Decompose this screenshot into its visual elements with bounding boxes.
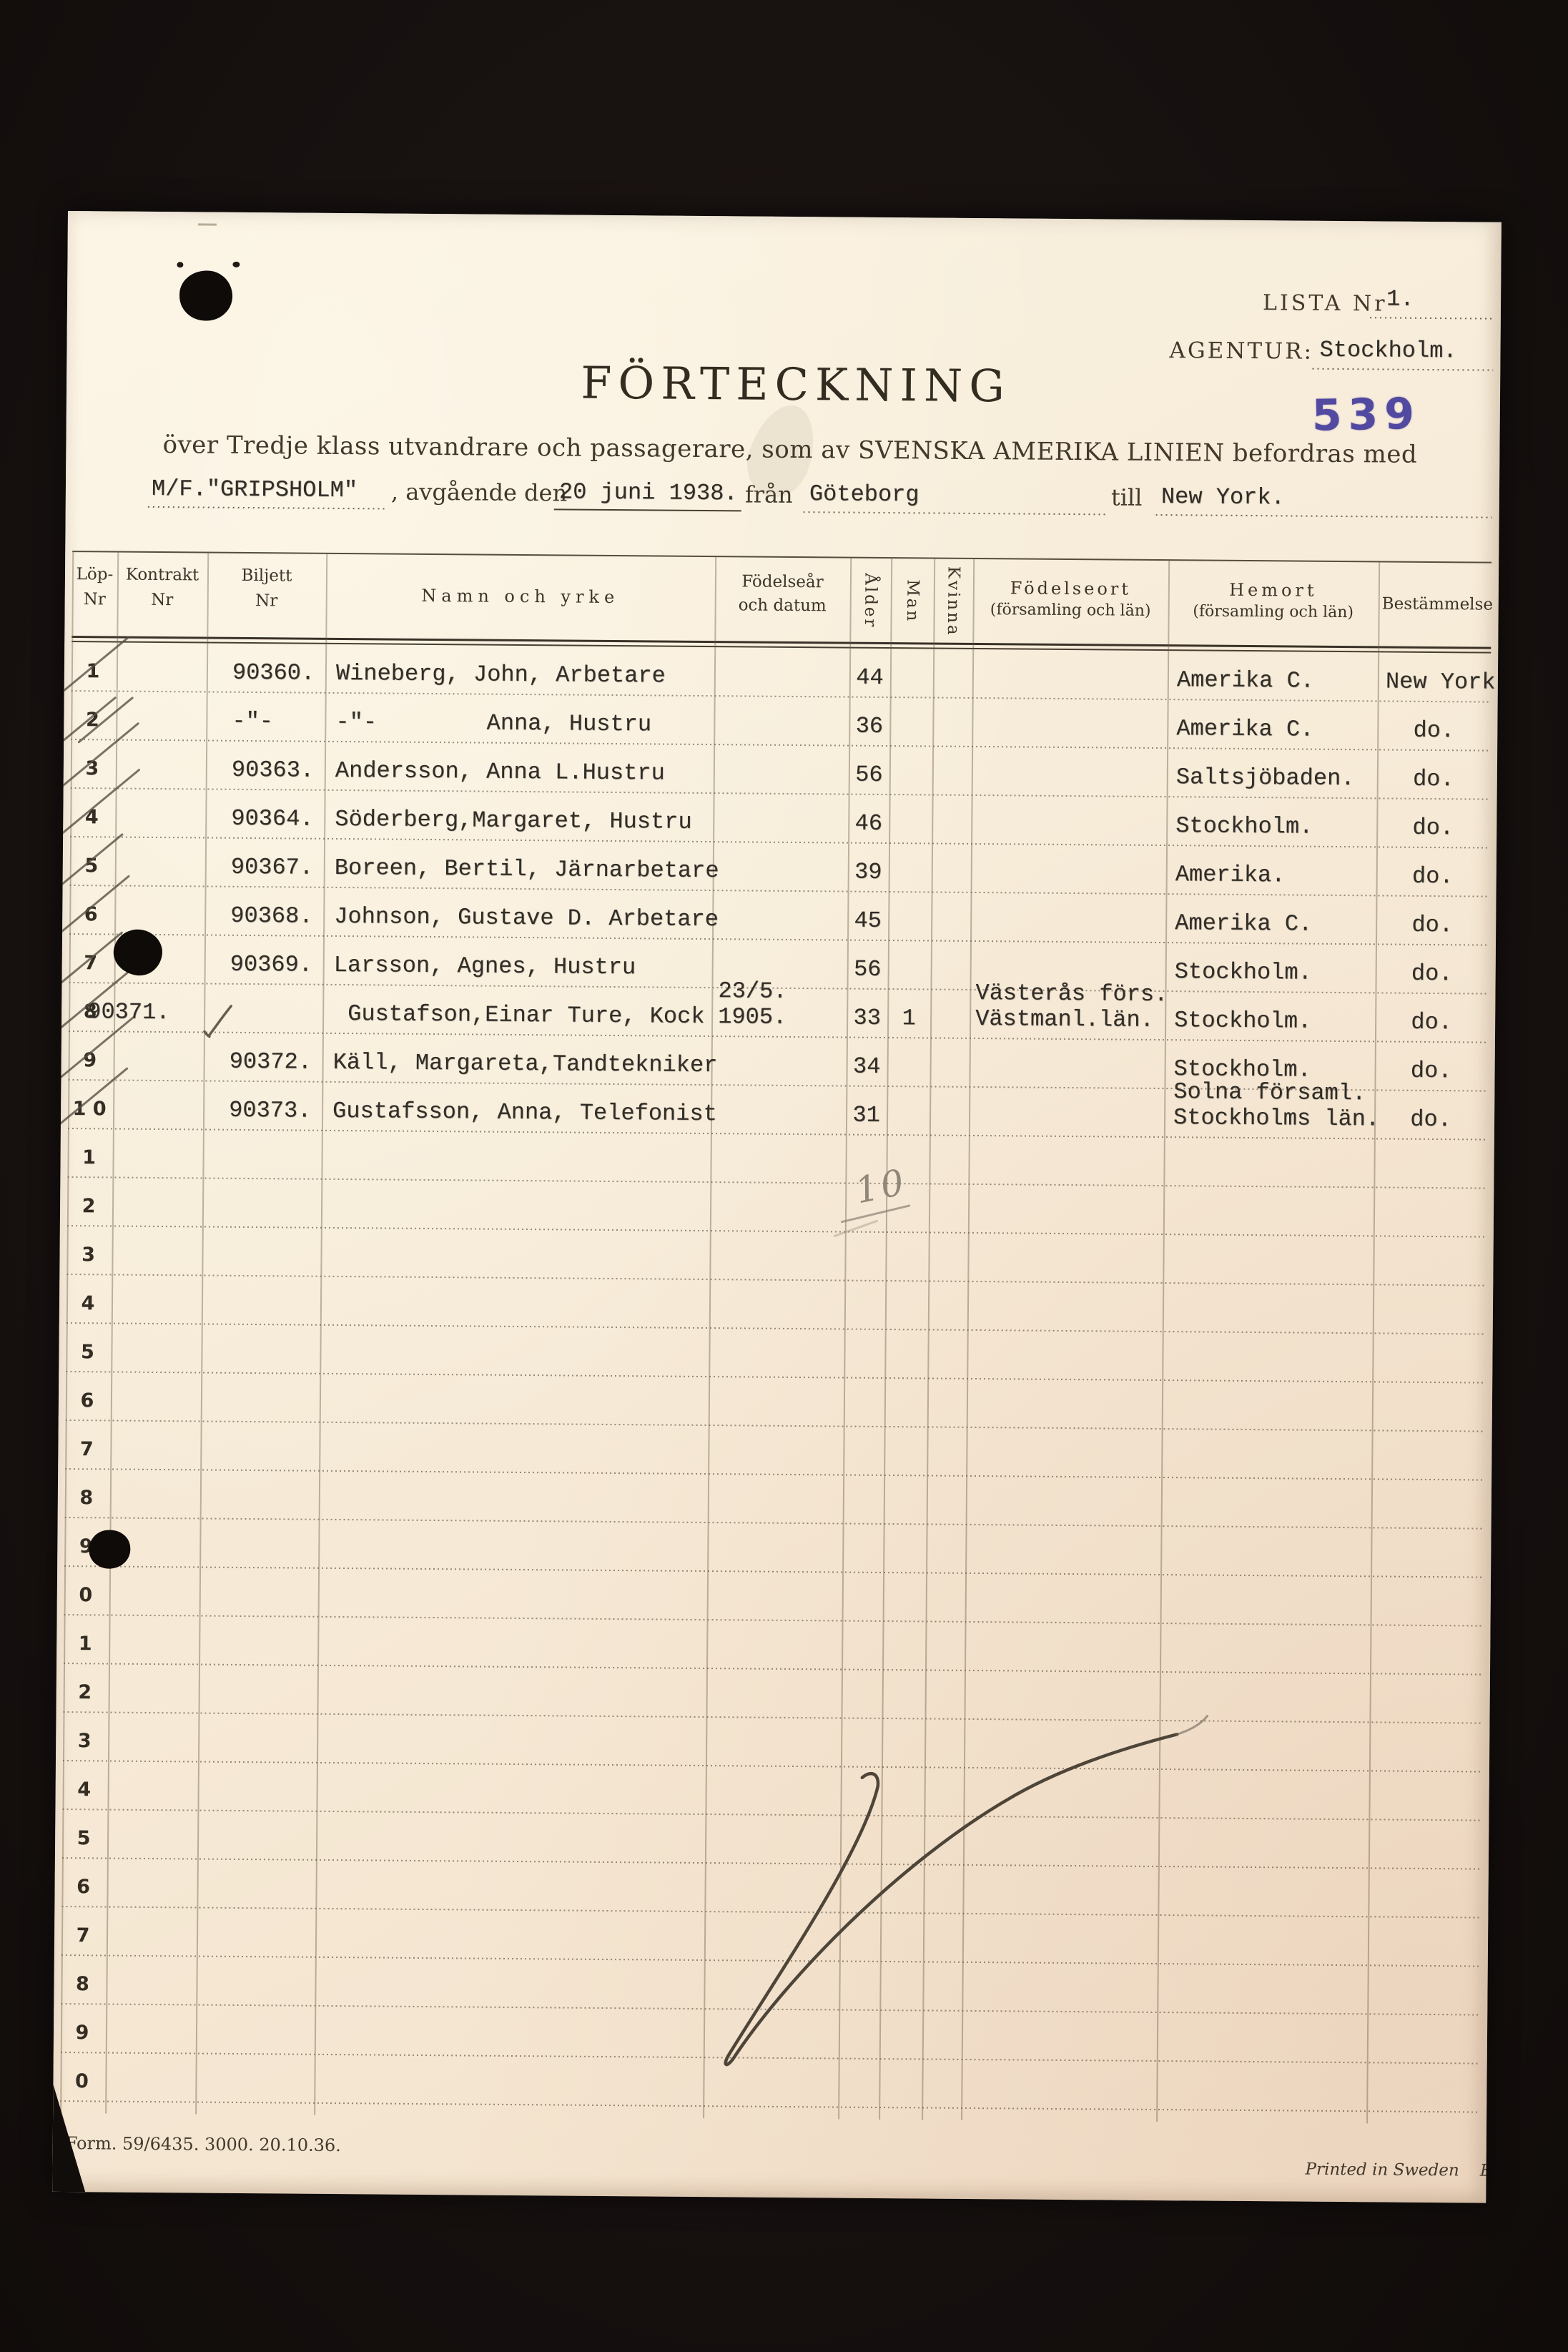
- photo-background: { "doc": { "lista_label": "LISTA Nr", "l…: [0, 0, 1568, 2352]
- photo-corner-shadow: [52, 2085, 86, 2192]
- document-paper: LISTA Nr 1. AGENTUR: Stockholm. 539 FÖRT…: [52, 211, 1502, 2203]
- pencil-check-swoosh: [52, 211, 1502, 2203]
- footer-printer-credit: Printed in Sweden Elanders,: [1305, 2160, 1501, 2181]
- footer-form-number: Form. 59/6435. 3000. 20.10.36.: [66, 2133, 341, 2155]
- pencil-checkmark: [209, 1006, 231, 1036]
